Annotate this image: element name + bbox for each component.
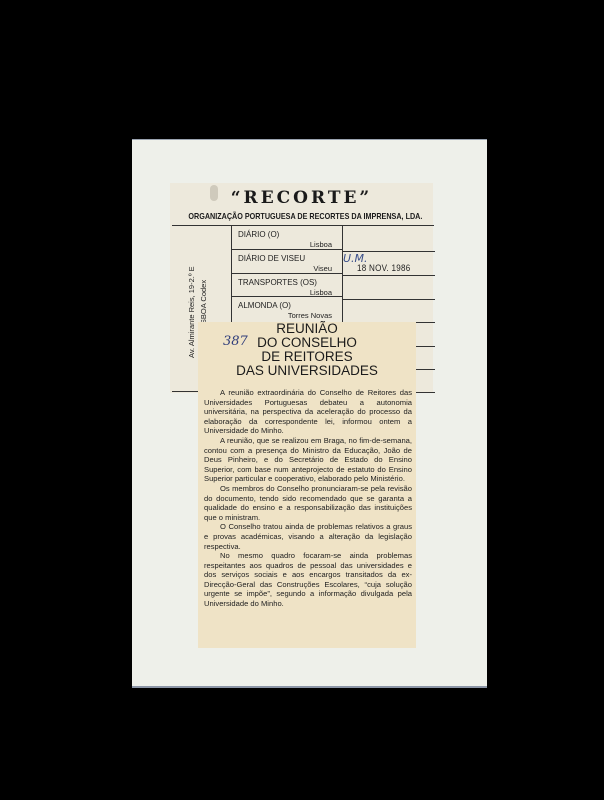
slip-subtitle: ORGANIZAÇÃO PORTUGUESA DE RECORTES DA IM… [188,211,414,221]
rule-top [172,225,434,226]
paragraph: No mesmo quadro focaram-se ainda problem… [204,551,412,609]
rule-right7 [416,392,435,393]
newspaper-clipping: 387 REUNIÃO DO CONSELHO DE REITORES DAS … [198,322,416,648]
headline-line: DO CONSELHO [198,336,416,350]
rule-bottom-left [172,391,199,392]
paragraph: Os membros do Conselho pronunciaram-se p… [204,484,412,522]
publication-name: TRANSPORTES (OS) [238,278,317,287]
publication-name: DIÁRIO DE VISEU [238,254,305,263]
publication-city: Lisboa [232,288,332,297]
publication-city: Lisboa [232,240,332,249]
publication-name: DIÁRIO (O) [238,230,279,239]
headline-line: DE REITORES [198,350,416,364]
publication-city: Viseu [232,264,332,273]
paragraph: A reunião, que se realizou em Braga, no … [204,436,412,484]
publication-name: ALMONDA (O) [238,301,291,310]
rule-right3 [343,299,435,300]
article-body: A reunião extraordinária do Conselho de … [204,388,412,609]
headline-line: DAS UNIVERSIDADES [198,364,416,378]
publication-city: Torres Novas [232,311,332,320]
rule-right6 [416,369,435,370]
rule-right2 [343,275,435,276]
date-stamp: 18 NOV. 1986 [357,263,410,274]
slip-title: “RECORTE” [170,188,433,208]
address-line: Av. Almirante Reis, 19-2.º E [186,228,198,358]
rule-right5 [416,346,435,347]
rule-row2 [231,273,342,274]
rule-row1 [231,249,342,250]
paragraph: O Conselho tratou ainda de problemas rel… [204,522,412,551]
headline: REUNIÃO DO CONSELHO DE REITORES DAS UNIV… [198,322,416,378]
paragraph: A reunião extraordinária do Conselho de … [204,388,412,436]
headline-line: REUNIÃO [198,322,416,336]
